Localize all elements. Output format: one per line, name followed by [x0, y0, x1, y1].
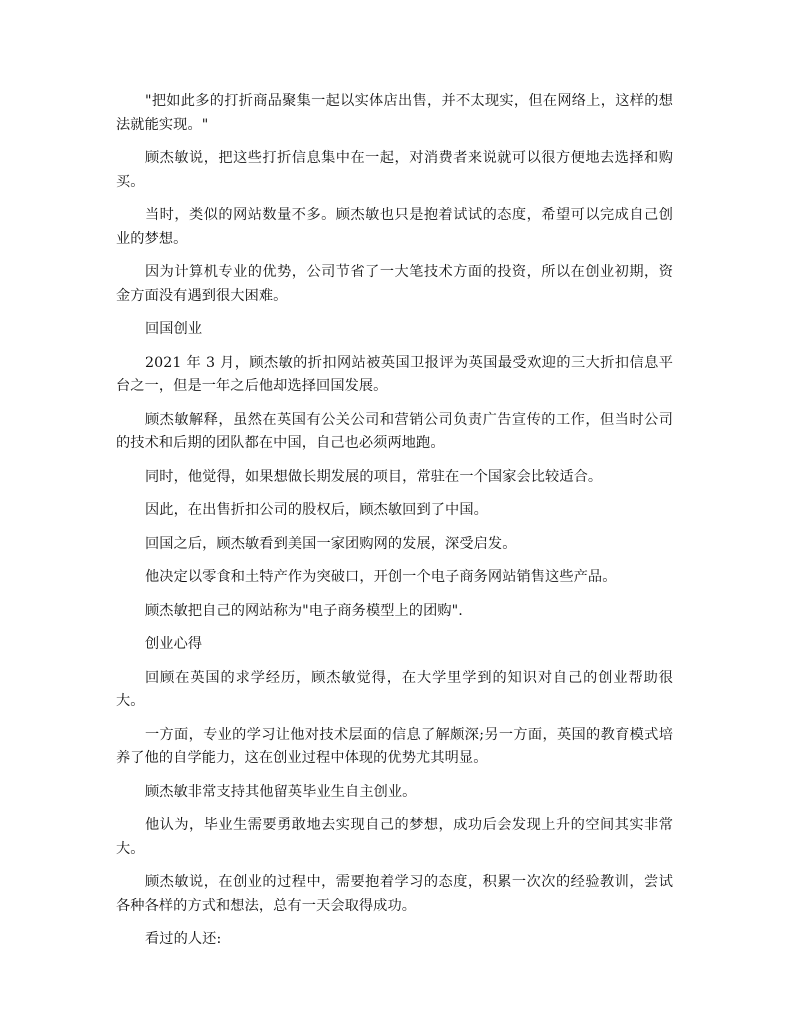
- paragraph: 顾杰敏把自己的网站称为"电子商务模型上的团购".: [116, 600, 673, 624]
- paragraph: 他认为，毕业生需要勇敢地去实现自己的梦想，成功后会发现上升的空间其实非常大。: [116, 814, 673, 861]
- paragraph: 2021 年 3 月，顾杰敏的折扣网站被英国卫报评为英国最受欢迎的三大折扣信息平…: [116, 352, 673, 399]
- paragraph: 顾杰敏解释，虽然在英国有公关公司和营销公司负责广告宣传的工作，但当时公司的技术和…: [116, 409, 673, 456]
- paragraph: 他决定以零食和土特产作为突破口，开创一个电子商务网站销售这些产品。: [116, 566, 673, 590]
- paragraph: 回顾在英国的求学经历，顾杰敏觉得，在大学里学到的知识对自己的创业帮助很大。: [116, 667, 673, 714]
- document-page: "把如此多的打折商品聚集一起以实体店出售，并不太现实，但在网络上，这样的想法就能…: [116, 90, 673, 962]
- related-label: 看过的人还:: [116, 928, 673, 952]
- paragraph: "把如此多的打折商品聚集一起以实体店出售，并不太现实，但在网络上，这样的想法就能…: [116, 90, 673, 137]
- section-heading: 创业心得: [116, 633, 673, 657]
- section-heading: 回国创业: [116, 318, 673, 342]
- paragraph: 因此，在出售折扣公司的股权后，顾杰敏回到了中国。: [116, 499, 673, 523]
- paragraph: 当时，类似的网站数量不多。顾杰敏也只是抱着试试的态度，希望可以完成自己创业的梦想…: [116, 204, 673, 251]
- paragraph: 顾杰敏非常支持其他留英毕业生自主创业。: [116, 781, 673, 805]
- paragraph: 回国之后，顾杰敏看到美国一家团购网的发展，深受启发。: [116, 533, 673, 557]
- paragraph: 因为计算机专业的优势，公司节省了一大笔技术方面的投资，所以在创业初期，资金方面没…: [116, 261, 673, 308]
- paragraph: 顾杰敏说，把这些打折信息集中在一起，对消费者来说就可以很方便地去选择和购买。: [116, 147, 673, 194]
- paragraph: 一方面，专业的学习让他对技术层面的信息了解颇深;另一方面，英国的教育模式培养了他…: [116, 724, 673, 771]
- paragraph: 同时，他觉得，如果想做长期发展的项目，常驻在一个国家会比较适合。: [116, 466, 673, 490]
- paragraph: 顾杰敏说，在创业的过程中，需要抱着学习的态度，积累一次次的经验教训，尝试各种各样…: [116, 871, 673, 918]
